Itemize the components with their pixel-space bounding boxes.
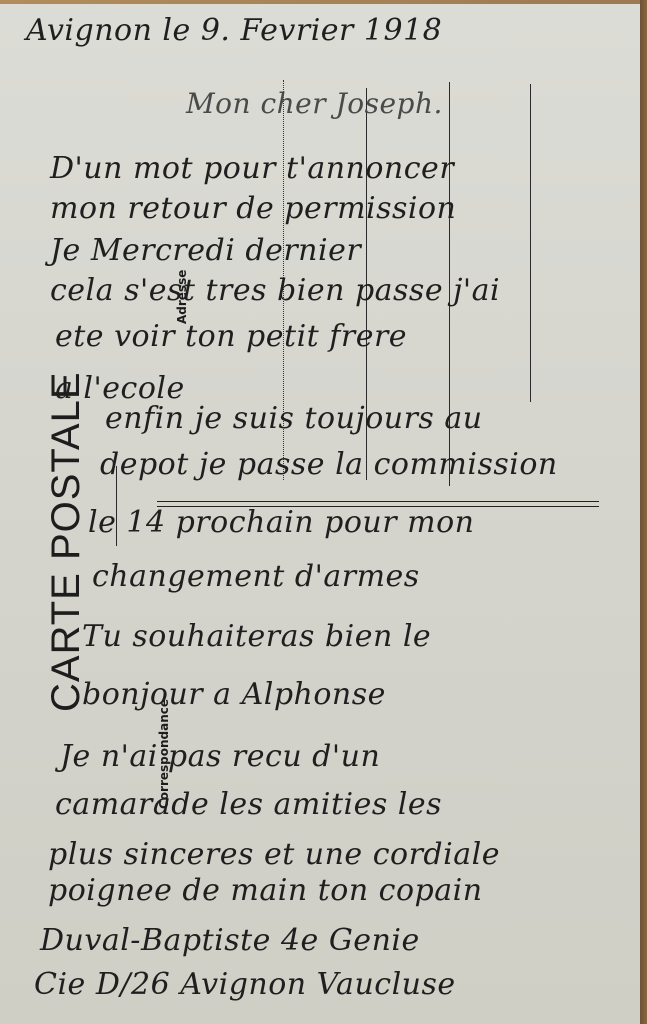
letter-line-17: Duval-Baptiste 4e Genie <box>40 926 420 956</box>
letter-line-9: le 14 prochain pour mon <box>88 508 474 538</box>
letter-line-2: mon retour de permission <box>50 194 456 224</box>
letter-line-6: a l'ecole <box>55 374 185 404</box>
letter-line-12: bonjour a Alphonse <box>82 680 386 710</box>
postcard: CARTE POSTALE Adresse Correspondance Avi… <box>0 4 641 1024</box>
letter-line-14: camarade les amities les <box>55 790 442 820</box>
letter-line-4: cela s'est tres bien passe j'ai <box>50 276 500 306</box>
carte-postale-title: CARTE POSTALE <box>46 372 86 713</box>
letter-line-3: Je Mercredi dernier <box>50 236 361 266</box>
letter-line-10: changement d'armes <box>92 562 420 592</box>
letter-line-13: Je n'ai pas recu d'un <box>60 742 380 772</box>
letter-line-18: Cie D/26 Avignon Vaucluse <box>34 970 456 1000</box>
dateline: Avignon le 9. Fevrier 1918 <box>26 16 442 46</box>
address-rule-horizontal-1 <box>157 501 599 502</box>
letter-line-5: ete voir ton petit frere <box>55 322 407 352</box>
letter-line-1: D'un mot pour t'annoncer <box>50 154 454 184</box>
letter-line-15: plus sinceres et une cordiale <box>48 840 500 870</box>
letter-line-16: poignee de main ton copain <box>48 876 483 906</box>
salutation: Mon cher Joseph. <box>186 90 443 118</box>
address-rule-3 <box>530 84 531 402</box>
letter-line-7: enfin je suis toujours au <box>105 404 483 434</box>
background-edge-right <box>640 0 647 1024</box>
letter-line-8: depot je passe la commission <box>100 450 558 480</box>
letter-line-11: Tu souhaiteras bien le <box>82 622 431 652</box>
